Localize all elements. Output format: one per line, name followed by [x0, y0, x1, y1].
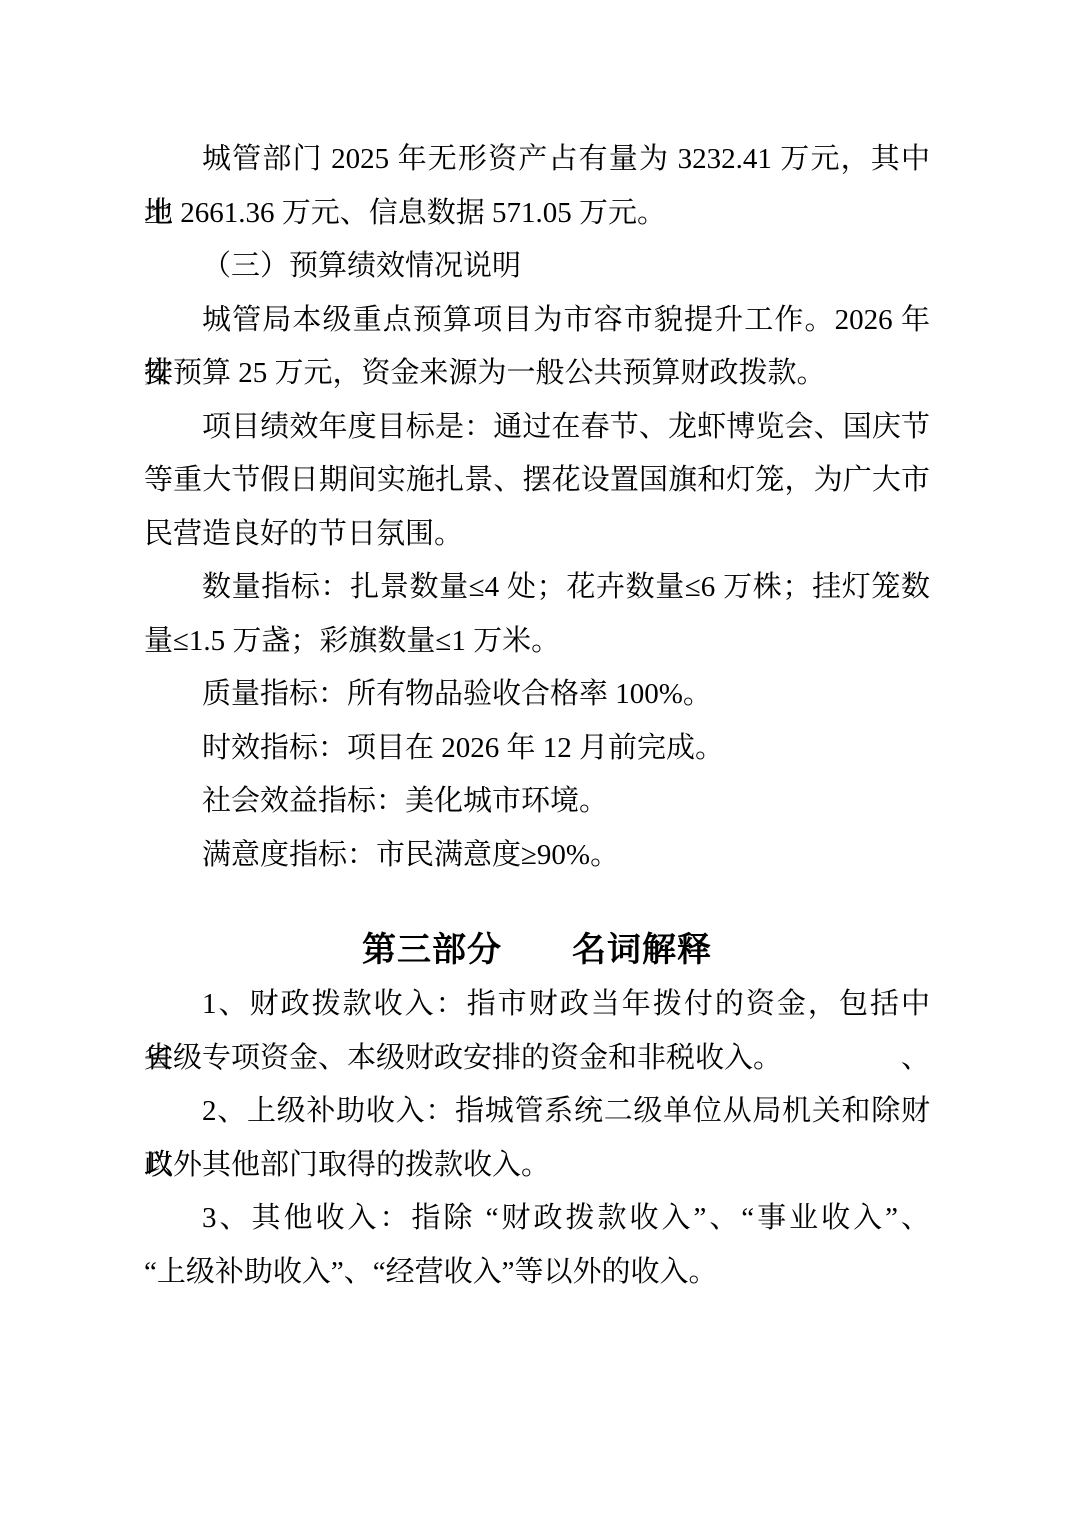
- section-heading: 第三部分 名词解释: [144, 922, 930, 978]
- doc-line: 等重大节假日期间实施扎景、摆花设置国旗和灯笼，为广大市: [144, 454, 930, 508]
- doc-line: （三）预算绩效情况说明: [144, 240, 930, 294]
- doc-line: 社会效益指标：美化城市环境。: [144, 775, 930, 829]
- doc-line: “上级补助收入”、“经营收入”等以外的收入。: [144, 1246, 930, 1300]
- doc-line: 2、上级补助收入：指城管系统二级单位从局机关和除财政: [144, 1085, 930, 1139]
- document-text-block: 城管部门 2025 年无形资产占有量为 3232.41 万元，其中土 地 266…: [144, 133, 930, 1299]
- doc-line: 项目绩效年度目标是：通过在春节、龙虾博览会、国庆节: [144, 401, 930, 455]
- doc-line: 地 2661.36 万元、信息数据 571.05 万元。: [144, 187, 930, 241]
- doc-line: 1、财政拨款收入：指市财政当年拨付的资金，包括中央、: [144, 978, 930, 1032]
- doc-line: 民营造良好的节日氛围。: [144, 508, 930, 562]
- doc-line: 满意度指标：市民满意度≥90%。: [144, 829, 930, 883]
- doc-line: 排预算 25 万元，资金来源为一般公共预算财政拨款。: [144, 347, 930, 401]
- doc-line: 数量指标：扎景数量≤4 处；花卉数量≤6 万株；挂灯笼数: [144, 561, 930, 615]
- document-page: 城管部门 2025 年无形资产占有量为 3232.41 万元，其中土 地 266…: [0, 0, 1074, 1520]
- doc-line: 以外其他部门取得的拨款收入。: [144, 1139, 930, 1193]
- doc-line: 质量指标：所有物品验收合格率 100%。: [144, 668, 930, 722]
- doc-line: 3、其他收入：指除 “财政拨款收入”、“事业收入”、: [144, 1192, 930, 1246]
- doc-line: 城管部门 2025 年无形资产占有量为 3232.41 万元，其中土: [144, 133, 930, 187]
- doc-line: 时效指标：项目在 2026 年 12 月前完成。: [144, 722, 930, 776]
- doc-line: 城管局本级重点预算项目为市容市貌提升工作。2026 年安: [144, 294, 930, 348]
- doc-line: 量≤1.5 万盏；彩旗数量≤1 万米。: [144, 615, 930, 669]
